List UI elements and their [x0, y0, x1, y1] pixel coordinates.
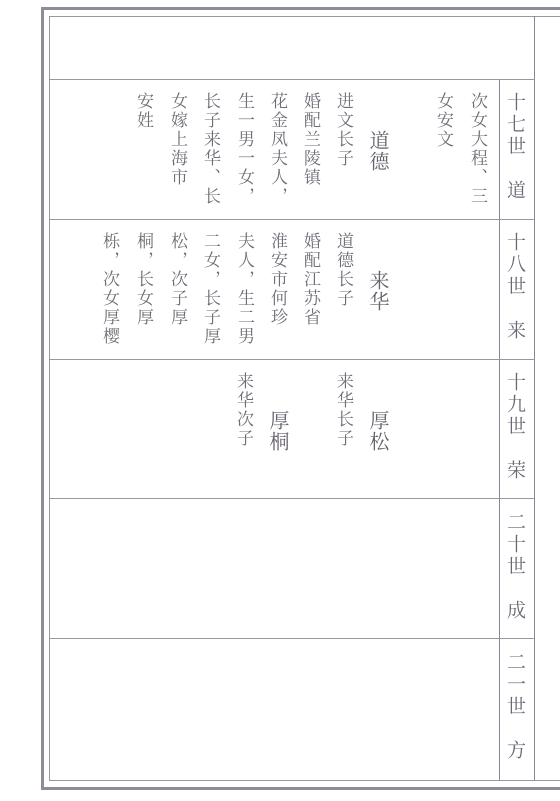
generation-char: 来	[505, 320, 525, 341]
bio-line: 桐，长女厚	[133, 232, 153, 327]
bio-line: 进文长子	[333, 92, 353, 168]
carry-over-line: 女安文	[433, 92, 453, 149]
row-line-3	[49, 498, 535, 499]
generation-label: 二十世	[505, 512, 525, 578]
row-line-header	[49, 79, 535, 80]
bio-line: 花金凤夫人，	[267, 92, 287, 206]
person-name: 厚桐	[268, 410, 288, 452]
bio-line: 女嫁上海市	[167, 92, 187, 187]
person-name: 来华	[368, 270, 388, 312]
bio-line: 栎，次女厚樱	[99, 232, 119, 346]
bio-line: 夫人，生二男	[234, 232, 254, 346]
generation-column-line	[499, 79, 500, 781]
generation-char: 方	[505, 740, 525, 761]
bio-line: 淮安市何珍	[267, 232, 287, 327]
bio-line: 婚配江苏省	[300, 232, 320, 327]
generation-label: 二一世	[505, 652, 525, 718]
person-name: 厚松	[368, 410, 388, 452]
generation-char: 道	[505, 180, 525, 201]
generation-char: 成	[505, 600, 525, 621]
row-line-2	[49, 359, 535, 360]
bio-line: 道德长子	[333, 232, 353, 308]
bio-line: 松，次子厚	[167, 232, 187, 327]
generation-label: 十九世	[505, 372, 525, 438]
bio-line: 安姓	[133, 92, 153, 130]
row-line-4	[49, 638, 535, 639]
generation-label: 十八世	[505, 232, 525, 298]
bio-line: 婚配兰陵镇	[300, 92, 320, 187]
person-name: 道德	[368, 130, 388, 172]
table-right-line	[534, 16, 535, 781]
bio-line: 二女，长子厚	[200, 232, 220, 346]
bio-line: 生一男一女，	[234, 92, 254, 206]
carry-over-line: 次女大程、三	[467, 92, 487, 206]
generation-label: 十七世	[505, 92, 525, 158]
bio-line: 长子来华、长	[200, 92, 220, 206]
bio-line: 来华次子	[233, 372, 253, 448]
generation-char: 荣	[505, 460, 525, 481]
row-line-1	[49, 219, 535, 220]
bio-line: 来华长子	[333, 372, 353, 448]
